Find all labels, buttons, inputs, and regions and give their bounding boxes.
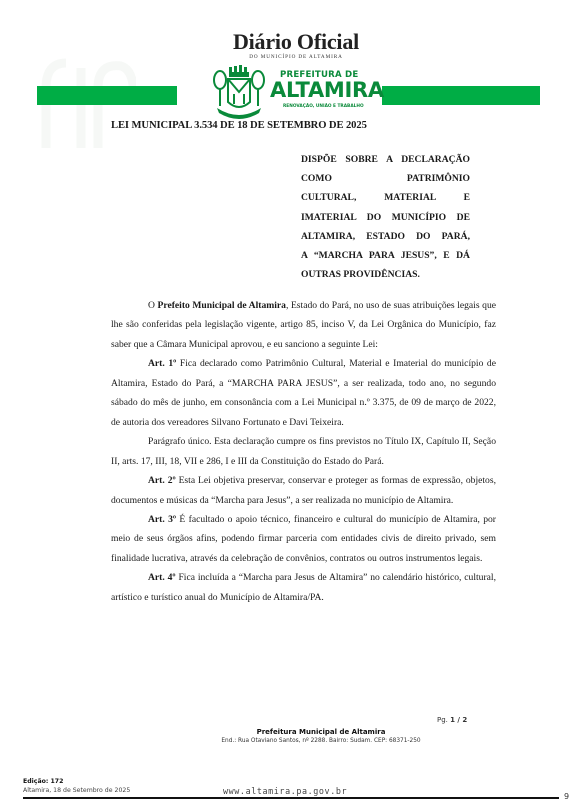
law-title: LEI MUNICIPAL 3.534 DE 18 DE SETEMBRO DE… bbox=[111, 120, 367, 131]
logo-motto: RENOVAÇÃO, UNIÃO E TRABALHO bbox=[283, 104, 364, 109]
page-indicator-value: 1 / 2 bbox=[450, 716, 467, 724]
article-label: Art. 1º bbox=[148, 358, 176, 369]
paragraph-unico: Parágrafo único. Esta declaração cumpre … bbox=[111, 432, 496, 471]
ementa-line: ALTAMIRA, ESTADO DO PARÁ, bbox=[301, 227, 470, 246]
header-bar-right bbox=[382, 86, 540, 105]
ementa-line: CULTURAL, MATERIAL E bbox=[301, 188, 470, 207]
masthead-title: Diário Oficial bbox=[10, 31, 582, 53]
masthead: Diário Oficial DO MUNICÍPIO DE ALTAMIRA bbox=[0, 31, 582, 60]
preamble-lead: O bbox=[148, 300, 158, 311]
footer-address: End.: Rua Otaviano Santos, nº 2288. Bair… bbox=[30, 738, 582, 744]
masthead-subtitle: DO MUNICÍPIO DE ALTAMIRA bbox=[10, 54, 582, 60]
article-label: Art. 4º bbox=[148, 572, 176, 583]
ementa-line: COMO PATRIMÔNIO bbox=[301, 169, 470, 188]
footer-divider bbox=[23, 797, 559, 799]
footer-organization: Prefeitura Municipal de Altamira bbox=[30, 728, 582, 736]
law-body: O Prefeito Municipal de Altamira, Estado… bbox=[111, 296, 496, 607]
ementa-line: OUTRAS PROVIDÊNCIAS. bbox=[301, 265, 470, 284]
header-bar-left bbox=[37, 86, 177, 105]
edition-number: Edição: 172 bbox=[23, 778, 63, 785]
logo-city: ALTAMIRA bbox=[270, 78, 384, 102]
ementa-line: A “MARCHA PARA JESUS”, E DÁ bbox=[301, 246, 470, 265]
article-4: Art. 4º Fica incluída a “Marcha para Jes… bbox=[111, 568, 496, 607]
page-indicator-prefix: Pg. bbox=[437, 716, 448, 724]
ementa: DISPÕE SOBRE A DECLARAÇÃO COMO PATRIMÔNI… bbox=[301, 150, 470, 284]
article-label: Art. 3º bbox=[148, 514, 176, 525]
article-label: Art. 2º bbox=[148, 475, 176, 486]
page-indicator: Pg. 1 / 2 bbox=[437, 716, 467, 724]
coat-of-arms-icon bbox=[211, 62, 267, 120]
article-1: Art. 1º Fica declarado como Patrimônio C… bbox=[111, 354, 496, 432]
prefeitura-logo: PREFEITURA DE ALTAMIRA RENOVAÇÃO, UNIÃO … bbox=[211, 62, 371, 122]
article-3: Art. 3º É facultado o apoio técnico, fin… bbox=[111, 510, 496, 568]
ementa-line: DISPÕE SOBRE A DECLARAÇÃO bbox=[301, 150, 470, 169]
edition-date: Altamira, 18 de Setembro de 2025 bbox=[23, 787, 130, 794]
page-number: 9 bbox=[564, 792, 569, 801]
website-link[interactable]: www.altamira.pa.gov.br bbox=[223, 786, 347, 796]
preamble-authority: Prefeito Municipal de Altamira bbox=[158, 300, 286, 311]
ementa-line: IMATERIAL DO MUNICÍPIO DE bbox=[301, 208, 470, 227]
article-2: Art. 2º Esta Lei objetiva preservar, con… bbox=[111, 471, 496, 510]
preamble: O Prefeito Municipal de Altamira, Estado… bbox=[111, 296, 496, 354]
paragraph-text: Parágrafo único. Esta declaração cumpre … bbox=[111, 436, 496, 466]
